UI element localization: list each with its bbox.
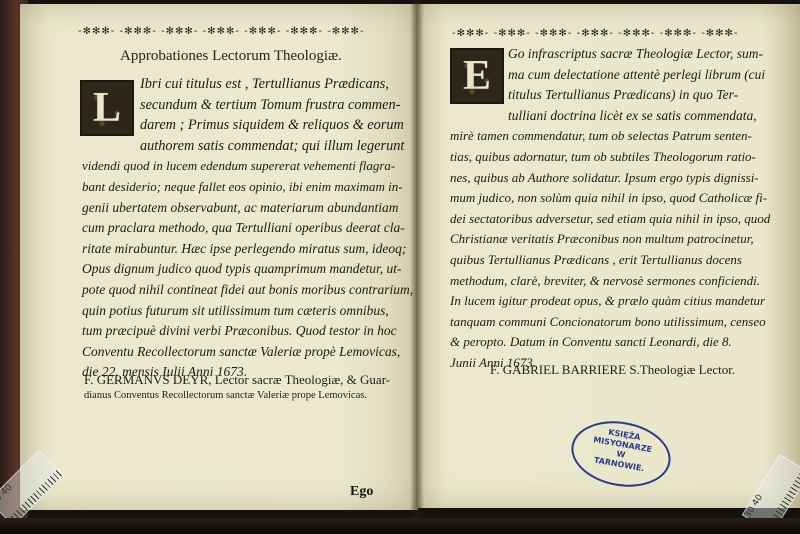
text-line: Christianæ veritatis Præconibus non mult… [450,229,770,250]
ruler-label: 50 40 [0,483,15,508]
book-cover-bottom [0,518,800,534]
text-line: Go infrascriptus sacræ Theologiæ Lector,… [450,44,770,65]
text-line: Ibri cui titulus est , Tertullianus Præd… [82,74,413,95]
text-line: tulliani doctrina licèt ex se satis comm… [450,106,770,127]
left-approbation-text: Ibri cui titulus est , Tertullianus Præd… [82,74,413,383]
left-ornament-band: -✻✻✻- -✻✻✻- -✻✻✻- -✻✻✻- -✻✻✻- -✻✻✻- -✻✻✻… [78,26,388,36]
text-line: titulus Tertullianus Prædicans) in quo T… [450,85,770,106]
text-line: mirè tamen commendatur, tum ob selectas … [450,126,770,147]
text-line: authorem satis commendat; qui illum lege… [82,136,413,157]
right-approbation-text: Go infrascriptus sacræ Theologiæ Lector,… [450,44,770,374]
left-page-heading: Approbationes Lectorum Theologiæ. [120,48,342,65]
text-line: Opus dignum judico quod typis quamprimum… [82,259,413,280]
text-line: ma cum delectatione attentè perlegi libr… [450,65,770,86]
text-line: darem ; Primus siquidem & reliquos & eor… [82,115,413,136]
text-line: & peropto. Datum in Conventu sancti Leon… [450,332,770,353]
text-line: mum judico, non solùm quia nihil in ipso… [450,188,770,209]
text-line: secundum & tertium Tomum frustra commen- [82,95,413,116]
text-line: In lucem igitur prodeat opus, & prælo qu… [450,291,770,312]
text-line: videndi quod in lucem edendum supererat … [82,156,413,177]
right-signature: F. GABRIEL BARRIERE S.Theologiæ Lector. [490,362,735,378]
text-line: pote quod nihil contineat fidei aut boni… [82,280,413,301]
text-line: ritate mirabuntur. Hæc ipse perlegendo m… [82,239,413,260]
left-signature: F. GERMANVS DEYR, Lector sacræ Theologiæ… [84,372,390,388]
text-line: bant desiderio; neque fallet eos opinio,… [82,177,413,198]
text-line: genii ubertatem observabunt, ac materiar… [82,198,413,219]
text-line: nes, quibus ab Authore solidatur. Ipsum … [450,168,770,189]
text-line: tum præcipuè divini verbi Præconibus. Qu… [82,321,413,342]
text-line: dei sectatoribus adversetur, sed etiam q… [450,209,770,230]
left-signature-line2: dianus Conventus Recollectorum sanctæ Va… [84,390,367,401]
text-line: quibus Tertullianus Prædicans , erit Ter… [450,250,770,271]
right-ornament-band: -✻✻✻- -✻✻✻- -✻✻✻- -✻✻✻- -✻✻✻- -✻✻✻- -✻✻✻… [452,28,752,38]
text-line: Conventu Recollectorum sanctæ Valeriæ pr… [82,342,413,363]
text-line: tias, quibus adornatur, tum ob subtiles … [450,147,770,168]
text-line: tanquam communi Concionatorum bono utili… [450,312,770,333]
text-line: methodum, clarè, breviter, & nervosè ser… [450,271,770,292]
text-line: quin potius futurum sit utilissimum tum … [82,301,413,322]
catchword: Ego [350,484,373,500]
text-line: cum praclara methodo, qua Tertulliani op… [82,218,413,239]
